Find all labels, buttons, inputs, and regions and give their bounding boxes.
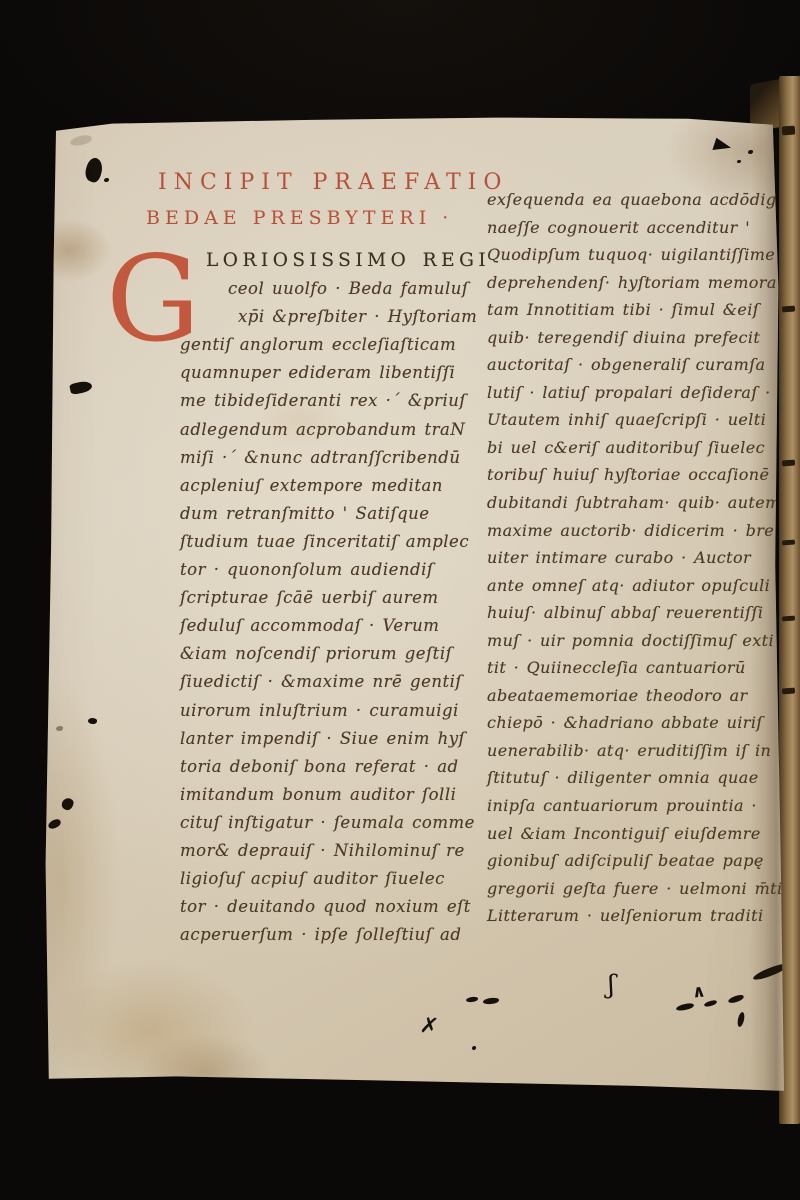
manuscript-line: Litterarum · uelſeniorum traditi: [487, 902, 787, 930]
manuscript-line: ligioſuſ acpiuſ auditor ſiuelec: [180, 865, 480, 893]
manuscript-line: toria deboniſ bona referat · ad: [180, 753, 480, 781]
faint-scribble: [69, 134, 92, 147]
manuscript-line: exſequenda ea quaebona acdōdig: [487, 186, 787, 214]
manuscript-line: muſ · uir pomnia doctiſſimuſ exti: [487, 627, 787, 655]
drop-initial-g: G: [106, 240, 200, 358]
manuscript-line: deprehendenſ· hyſtoriam memora: [487, 269, 787, 297]
manuscript-line: uenerabilib· atq· eruditiſſim iſ in: [487, 737, 787, 765]
manuscript-line: ante omneſ atq· adiutor opuſculi: [487, 572, 787, 600]
manuscript-line: LORIOSISSIMO REGI: [180, 247, 480, 275]
manuscript-line: &iam noſcendiſ priorum geſtiſ: [180, 640, 480, 668]
fore-edge-tick: [782, 306, 795, 313]
right-column: exſequenda ea quaebona acdōdignaeſſe cog…: [487, 186, 787, 930]
manuscript-line: miſi ·´ &nunc adtranſſcribendū: [180, 444, 480, 472]
ink-blot: [83, 156, 106, 184]
manuscript-line: gionibuſ adiſcipuliſ beatae papę: [487, 847, 787, 875]
ink-dash: [676, 1002, 695, 1011]
manuscript-line: cituſ inſtigatur · ſeumala comme: [180, 809, 480, 837]
manuscript-line: Quodipſum tuquoq· uigilantiſſime: [487, 241, 787, 269]
manuscript-line: acpleniuſ extempore meditan: [180, 472, 480, 500]
fore-edge-tick: [782, 688, 795, 695]
manuscript-line: gentiſ anglorum eccleſiaſticam: [180, 331, 480, 359]
manuscript-line: bi uel c&eriſ auditoribuſ ſiuelec: [487, 434, 787, 462]
manuscript-line: ſcripturae ſcāē uerbiſ aurem: [180, 584, 480, 612]
manuscript-line: ſeduluſ accommodaſ · Verum: [180, 612, 480, 640]
ink-dash: [483, 997, 499, 1004]
manuscript-line: acperuerſum · ipſe ſolleſtiuſ ad: [180, 921, 480, 949]
rubric-title-line1: INCIPIT PRAEFATIO: [158, 170, 508, 195]
manuscript-line: xp̄i &preſbiter · Hyſtoriam: [180, 303, 480, 331]
manuscript-line: ſtudium tuae ſinceritatiſ amplec: [180, 528, 480, 556]
margin-mark: [56, 726, 63, 731]
manuscript-line: adlegendum acprobandum traN: [180, 416, 480, 444]
ink-dot: [748, 150, 753, 154]
ink-stroke: [737, 1012, 746, 1028]
manuscript-line: gregorii geſta fuere · uelmoni m̄tiſ: [487, 875, 787, 903]
manuscript-line: tam Innotitiam tibi · ſimul &eiſ: [487, 296, 787, 324]
margin-mark: [69, 380, 93, 395]
manuscript-line: tor · quononſolum audiendiſ: [180, 556, 480, 584]
ink-dot: [472, 1046, 476, 1050]
manuscript-line: huiuſ· albinuſ abbaſ reuerentiſſi: [487, 599, 787, 627]
photo-background: INCIPIT PRAEFATIO BEDAE PRESBYTERI · G L…: [0, 0, 800, 1200]
caret-mark: ∧: [691, 981, 707, 1002]
manuscript-line: tit · Quiineccleſia cantuariorū: [487, 654, 787, 682]
manuscript-line: mor& deprauiſ · Nihilominuſ re: [180, 837, 480, 865]
left-column: LORIOSISSIMO REGIceol uuolfo · Beda famu…: [180, 247, 480, 949]
manuscript-line: inipſa cantuariorum prouintia ·: [487, 792, 787, 820]
manuscript-line: uel &iam Incontiguiſ eiuſdemre: [487, 820, 787, 848]
ink-dash: [704, 1000, 718, 1008]
manuscript-line: chiepō · &hadriano abbate uiriſ: [487, 709, 787, 737]
ink-blot: [104, 178, 109, 182]
manuscript-line: quib· teregendiſ diuina prefecit: [487, 324, 787, 352]
manuscript-line: me tibideſideranti rex ·´ &priuſ: [180, 387, 480, 415]
margin-mark: [88, 717, 98, 724]
manuscript-line: uirorum inluſtrium · curamuigi: [180, 697, 480, 725]
fore-edge-tick: [782, 126, 796, 136]
fore-edge-tick: [782, 616, 795, 622]
manuscript-line: dum retranſmitto ' Satiſque: [180, 500, 480, 528]
manuscript-line: Utautem inhiſ quaeſcripſi · uelti: [487, 406, 787, 434]
manuscript-line: uiter intimare curabo · Auctor: [487, 544, 787, 572]
manuscript-line: ſtitutuſ · diligenter omnia quae: [487, 764, 787, 792]
manuscript-line: dubitandi ſubtraham· quib· autem: [487, 489, 787, 517]
arrow-mark: [712, 138, 732, 156]
manuscript-line: maxime auctorib· didicerim · bre: [487, 517, 787, 545]
curved-stroke-mark: ʃ: [606, 970, 616, 1001]
rubric-title-line2: BEDAE PRESBYTERI ·: [146, 207, 453, 229]
manuscript-line: tor · deuitando quod noxium eſt: [180, 893, 480, 921]
manuscript-line: ſiuedictiſ · &maxime nrē gentiſ: [180, 668, 480, 696]
manuscript-line: naeſſe cognouerit accenditur ': [487, 214, 787, 242]
margin-mark: [47, 818, 62, 830]
fore-edge-tick: [782, 540, 795, 546]
margin-mark: [60, 796, 75, 812]
ink-dash: [727, 994, 744, 1004]
manuscript-line: lutiſ · latiuſ propalari deſideraſ ·: [487, 379, 787, 407]
x-squiggle-mark: ✗: [418, 1013, 440, 1040]
manuscript-line: lanter impendiſ · Siue enim hyſ: [180, 725, 480, 753]
manuscript-line: toribuſ huiuſ hyſtoriae occaſionē: [487, 461, 787, 489]
fore-edge-tick: [782, 460, 795, 467]
manuscript-line: auctoritaſ · obgeneraliſ curamſa: [487, 351, 787, 379]
manuscript-line: quamnuper edideram libentiſſi: [180, 359, 480, 387]
ink-dash: [466, 996, 478, 1002]
ink-dot: [737, 160, 741, 163]
parchment-page: INCIPIT PRAEFATIO BEDAE PRESBYTERI · G L…: [0, 0, 800, 1200]
manuscript-line: abeataememoriae theodoro ar: [487, 682, 787, 710]
manuscript-line: imitandum bonum auditor ſolli: [180, 781, 480, 809]
manuscript-line: ceol uuolfo · Beda famuluſ: [180, 275, 480, 303]
